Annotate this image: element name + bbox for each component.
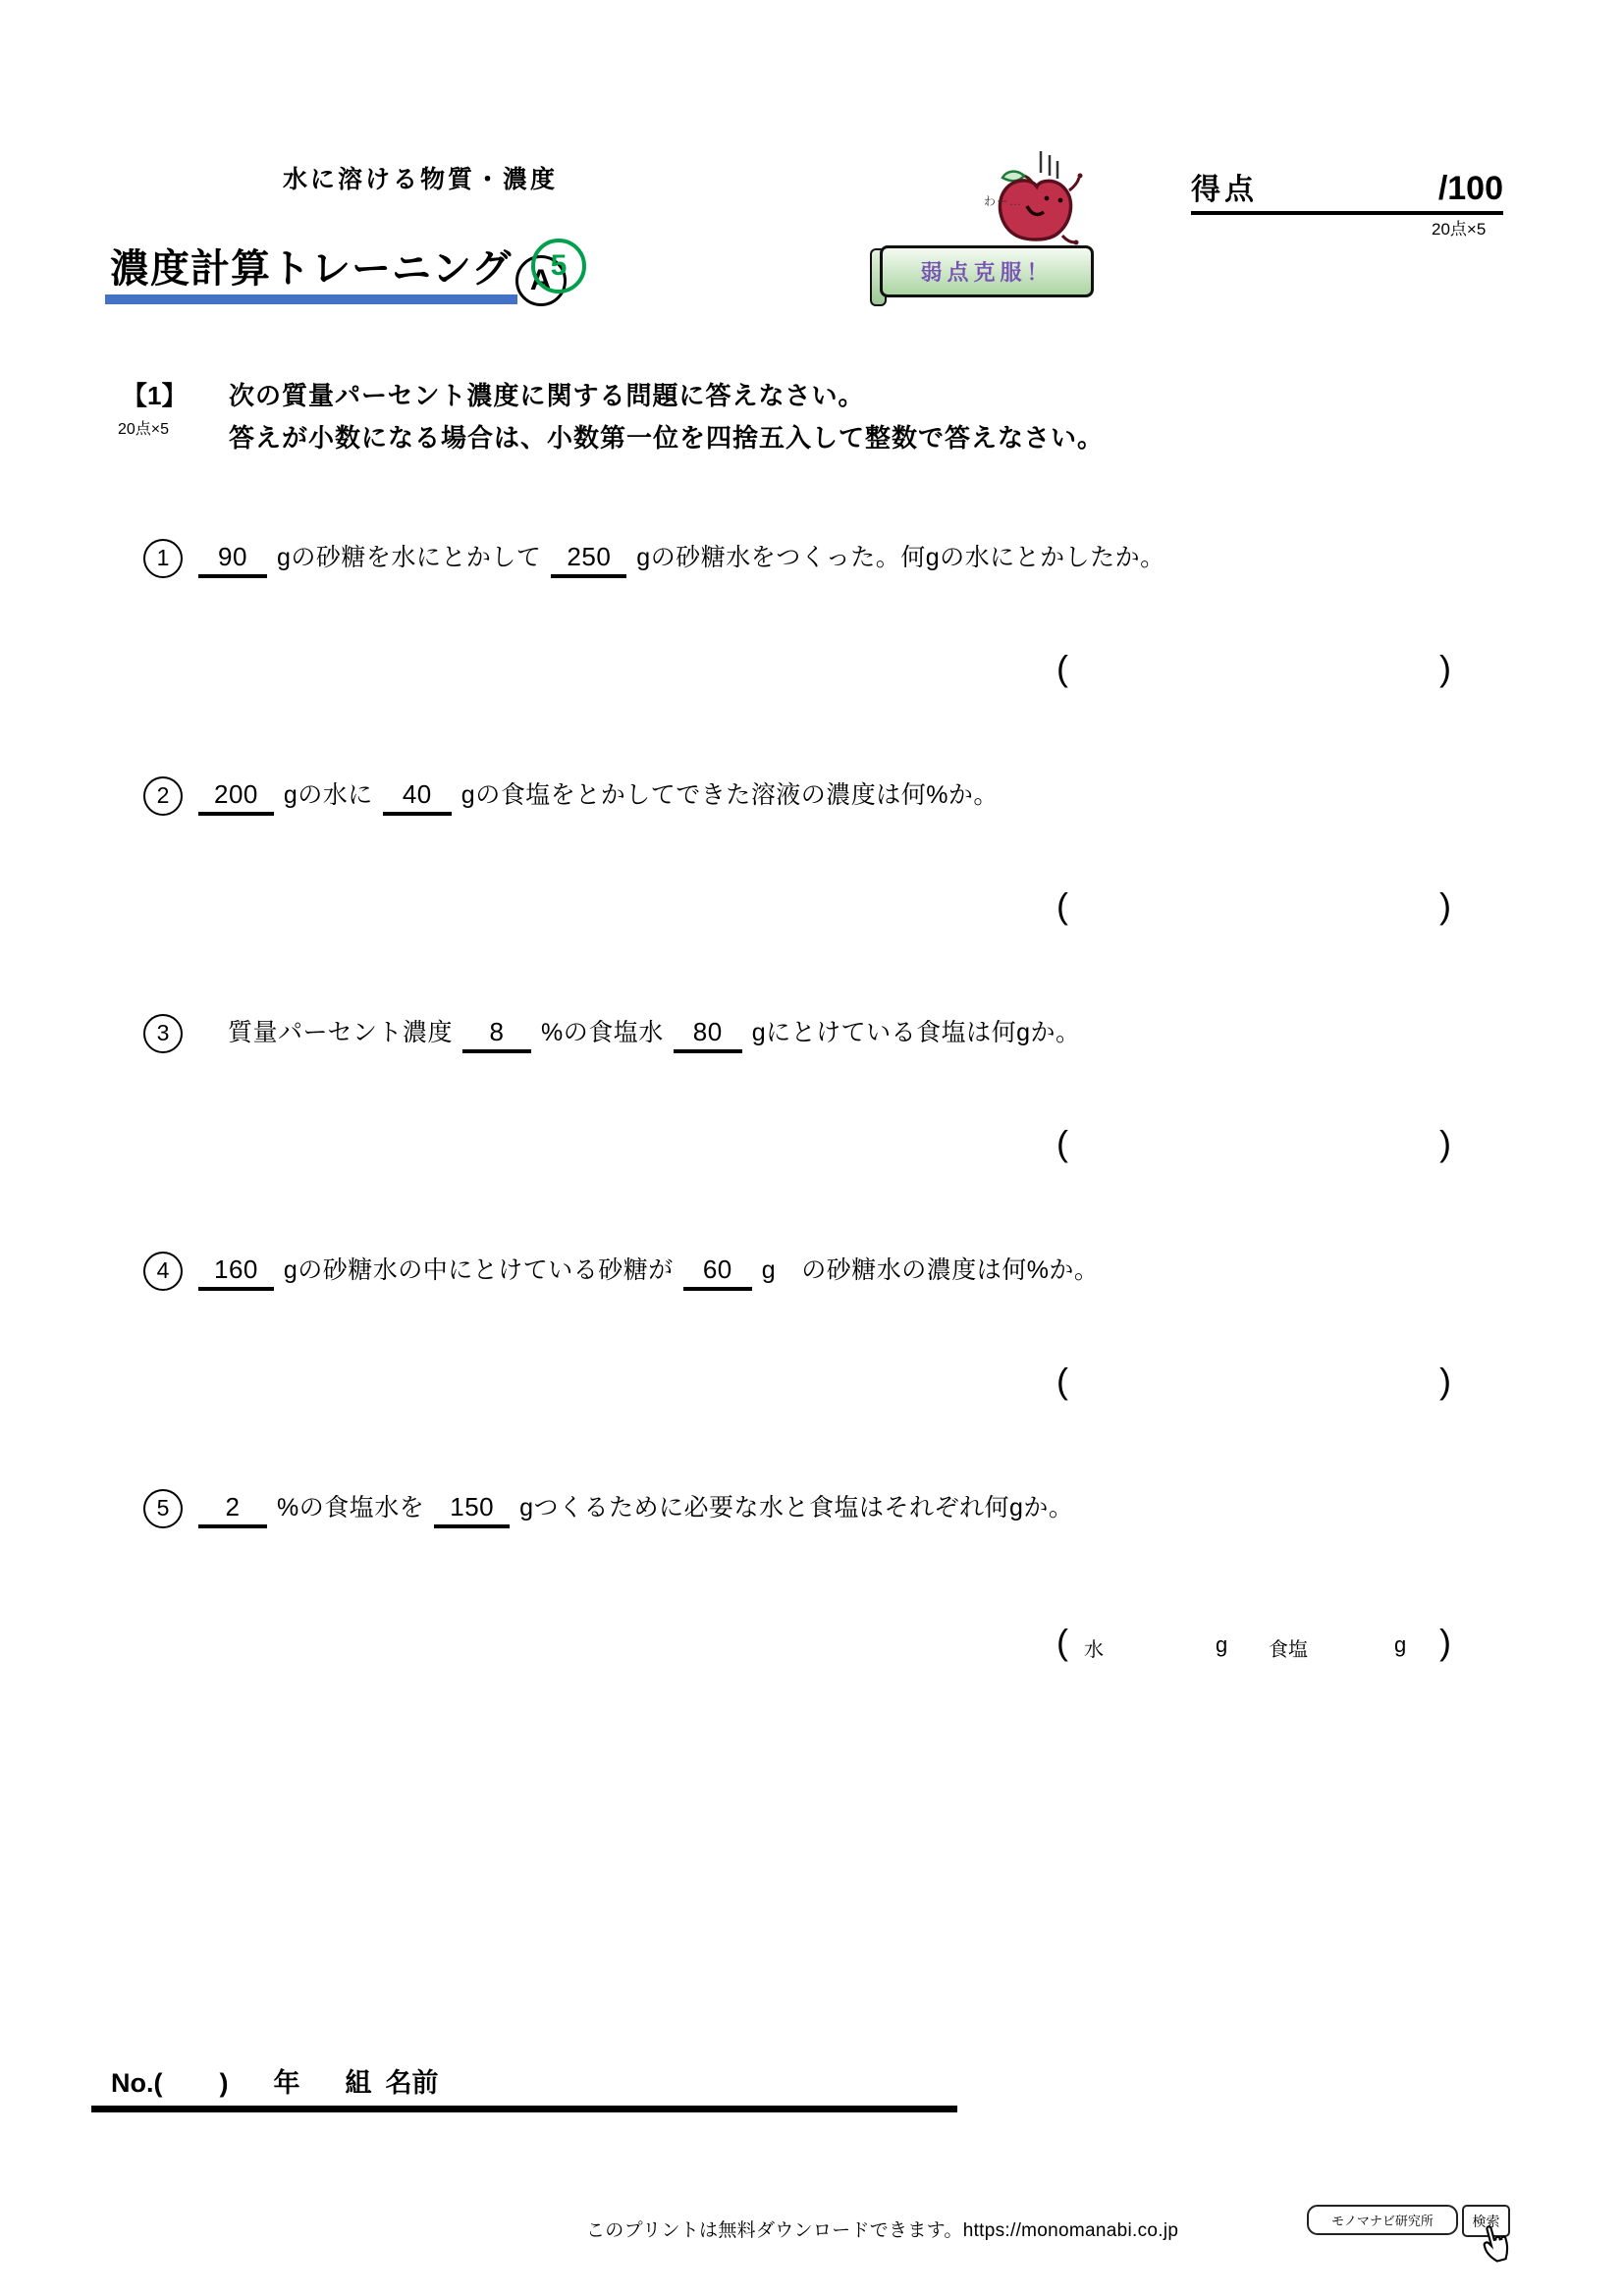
score-max: /100 [1438,170,1503,208]
question-blank-value: 90 [198,542,267,578]
answer-open-paren: ( [1056,885,1068,927]
section-marker: 【1】 [122,376,187,412]
answer-close-paren: ) [1439,1361,1451,1402]
question-number: 3 [143,1014,183,1053]
question-blank-value: 250 [551,542,626,578]
number-close-paren: ) [219,2068,228,2099]
question-blank-value: 60 [683,1255,752,1291]
answer-area: () [1056,648,1451,693]
question-text: gの砂糖を水にとかして [277,538,541,573]
question-text: 質量パーセント濃度 [228,1013,453,1048]
search-input: モノマナビ研究所 [1307,2205,1458,2235]
answer-open-paren: ( [1056,1123,1068,1164]
page-title-text: 濃度計算トレーニング [110,247,512,291]
question-5: 52%の食塩水を150gつくるために必要な水と食塩はそれぞれ何gか。(水g食塩g… [0,1488,1624,1684]
question-body: 160gの砂糖水の中にとけている砂糖が60gの砂糖水の濃度は何%か。 [189,1251,1099,1291]
question-body: 2%の食塩水を150gつくるために必要な水と食塩はそれぞれ何gか。 [189,1488,1073,1528]
unit-subtitle: 水に溶ける物質・濃度 [283,160,558,195]
name-row: No.()年組名前 [111,2061,438,2100]
question-line: 190gの砂糖を水にとかして250gの砂糖水をつくった。何gの水にとかしたか。 [143,538,1165,578]
question-text: gつくるために必要な水と食塩はそれぞれ何gか。 [519,1488,1073,1523]
question-blank-value: 80 [674,1017,742,1053]
footer-note: このプリントは無料ダウンロードできます。https://monomanabi.c… [586,2216,1178,2242]
score-label: 得点 [1191,165,1258,208]
instruction-line-1: 次の質量パーセント濃度に関する問題に答えなさい。 [229,375,1104,417]
question-blank-value: 150 [434,1492,510,1528]
answer-label: 水 [1084,1633,1104,1662]
answer-open-paren: ( [1056,1361,1068,1402]
question-text: g [762,1256,776,1285]
question-text: gの砂糖水の中にとけている砂糖が [284,1251,674,1286]
answer-open-paren: ( [1056,1622,1068,1663]
question-line: 3質量パーセント濃度8%の食塩水80gにとけている食塩は何gか。 [143,1013,1081,1053]
question-blank-value: 8 [462,1017,531,1053]
question-2: 2200gの水に40gの食塩をとかしてできた溶液の濃度は何%か。() [0,775,1624,972]
question-body: 200gの水に40gの食塩をとかしてできた溶液の濃度は何%か。 [189,775,999,816]
question-text: gの食塩をとかしてできた溶液の濃度は何%か。 [461,775,999,811]
section-instructions: 次の質量パーセント濃度に関する問題に答えなさい。 答えが小数になる場合は、小数第… [229,375,1104,459]
answer-close-paren: ) [1439,648,1451,689]
answer-close-paren: ) [1439,885,1451,927]
answer-area: () [1056,1123,1451,1168]
question-3: 3質量パーセント濃度8%の食塩水80gにとけている食塩は何gか。() [0,1013,1624,1209]
footer-url: https://monomanabi.co.jp [963,2220,1178,2241]
answer-open-paren: ( [1056,648,1068,689]
question-line: 52%の食塩水を150gつくるために必要な水と食塩はそれぞれ何gか。 [143,1488,1073,1528]
question-text: %の食塩水 [541,1013,664,1048]
answer-unit: g [1216,1632,1227,1658]
question-line: 2200gの水に40gの食塩をとかしてできた溶液の濃度は何%か。 [143,775,999,816]
question-text: の砂糖水の濃度は何%か。 [801,1251,1099,1286]
answer-close-paren: ) [1439,1123,1451,1164]
answer-area: (水g食塩g) [1056,1622,1451,1667]
question-text: gの砂糖水をつくった。何gの水にとかしたか。 [636,538,1164,573]
answer-close-paren: ) [1439,1622,1451,1663]
question-text: gにとけている食塩は何gか。 [752,1013,1081,1048]
name-label: 名前 [385,2061,438,2100]
instruction-line-2: 答えが小数になる場合は、小数第一位を四捨五入して整数で答えなさい。 [229,417,1104,459]
question-line: 4160gの砂糖水の中にとけている砂糖が60gの砂糖水の濃度は何%か。 [143,1251,1099,1291]
banner-text: 弱点克服！ [920,256,1053,287]
question-body: 質量パーセント濃度8%の食塩水80gにとけている食塩は何gか。 [189,1013,1081,1053]
mascot-cry-text: わー… [984,192,1022,209]
question-blank-value: 160 [198,1255,274,1291]
search-input-text: モノマナビ研究所 [1331,2211,1434,2229]
question-text: gの水に [284,775,373,811]
class-label: 組 [345,2061,371,2100]
question-1: 190gの砂糖を水にとかして250gの砂糖水をつくった。何gの水にとかしたか。(… [0,538,1624,734]
name-underline [91,2106,957,2112]
number-label: No.( [111,2068,162,2099]
question-number: 2 [143,776,183,816]
question-blank-value: 2 [198,1492,267,1528]
answer-unit: g [1394,1632,1406,1658]
worksheet-page: 水に溶ける物質・濃度 濃度計算トレーニングA 5 得点 /100 20点×5 わ… [0,0,1624,2296]
score-note: 20点×5 [1432,215,1486,240]
question-number: 4 [143,1252,183,1291]
question-number: 1 [143,539,183,578]
score-box: 得点 /100 [1191,165,1503,215]
hand-cursor-icon [1479,2220,1514,2264]
question-number: 5 [143,1489,183,1528]
question-blank-value: 200 [198,779,274,816]
question-body: 90gの砂糖を水にとかして250gの砂糖水をつくった。何gの水にとかしたか。 [189,538,1165,578]
question-blank-value: 40 [383,779,452,816]
answer-label: 食塩 [1269,1633,1308,1662]
section-points: 20点×5 [118,416,169,439]
answer-area: () [1056,885,1451,931]
question-4: 4160gの砂糖水の中にとけている砂糖が60gの砂糖水の濃度は何%か。() [0,1251,1624,1447]
year-label: 年 [273,2061,299,2100]
sheet-number-badge: 5 [531,239,586,294]
question-text: %の食塩水を [277,1488,424,1523]
answer-area: () [1056,1361,1451,1406]
sheet-number: 5 [551,249,568,283]
banner: 弱点克服！ [880,245,1094,297]
title-underline [105,294,517,304]
footer-note-text: このプリントは無料ダウンロードできます。 [586,2220,963,2241]
